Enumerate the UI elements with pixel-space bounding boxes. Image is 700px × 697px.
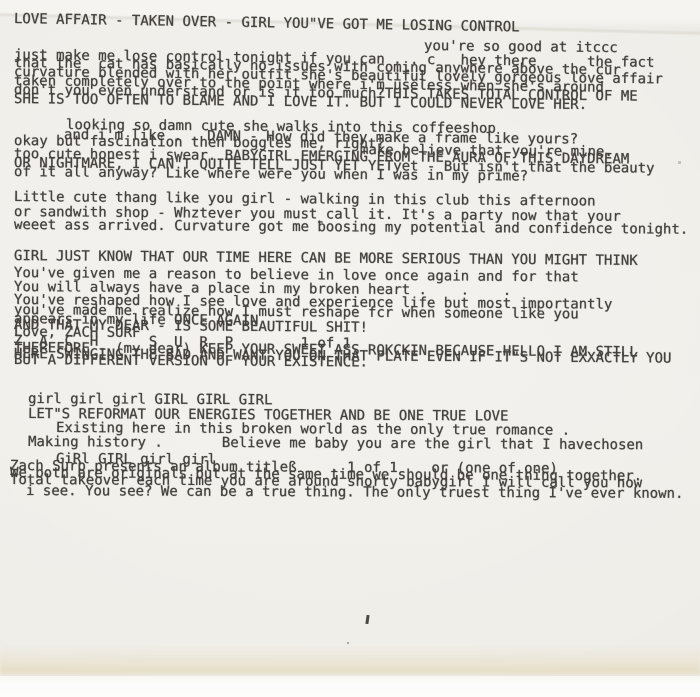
text-line-30: BUT A DIFFERENT VERSION OF YOUR EXISTENC… [14, 353, 368, 369]
speck-mark [650, 58, 652, 60]
text-line-34: Making history . Believe me baby you are… [28, 435, 643, 452]
scanned-page: LOVE AFFAIR - TAKEN OVER - GIRL YOU"VE G… [0, 0, 700, 697]
text-line-39: i see. You see? We can be a true thing. … [26, 484, 684, 501]
ink-tick-mark [365, 615, 369, 624]
text-line-18: weeet ass arrived. Curvature got me ƀoos… [14, 218, 688, 237]
text-line-31: girl girl girl GIRL GIRL GIRL [28, 392, 273, 407]
paper-bottom-crease [0, 646, 700, 678]
speck-mark [678, 161, 681, 164]
speck-mark [347, 642, 349, 644]
paper-bottom-edge [0, 676, 700, 697]
text-line-15: of it all anyway? Like where were you wh… [14, 165, 528, 183]
